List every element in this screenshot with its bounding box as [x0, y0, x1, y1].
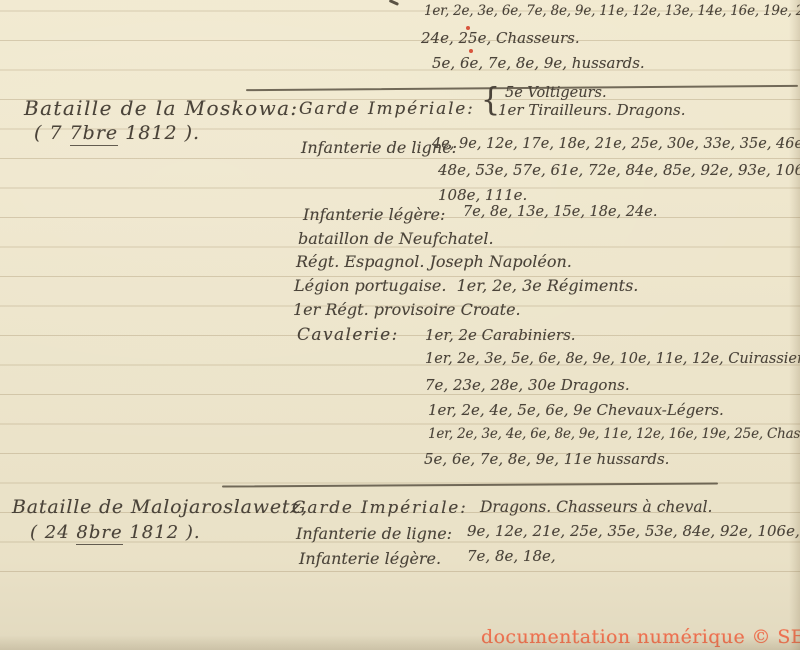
battle-date-month: 7bre [70, 122, 119, 146]
battle-title: Bataille de Malojaroslawetz, [12, 497, 308, 518]
battle-date: ( 24 8bre 1812 ). [30, 523, 201, 543]
unit-label-garde-imperiale: Garde Impériale: [292, 499, 468, 518]
manuscript-page: 1er, 2e, 3e, 6e, 7e, 8e, 9e, 11e, 12e, 1… [0, 0, 800, 650]
page-edge-shadow-bottom [0, 635, 800, 650]
unit-values-garde-line2: 1er Tirailleurs. Dragons. [498, 102, 686, 119]
regiment-numbers-line: 1er, 2e, 3e, 6e, 7e, 8e, 9e, 11e, 12e, 1… [424, 4, 800, 19]
regiment-numbers-line: 1er, 2e, 4e, 5e, 6e, 9e Chevaux-Légers. [428, 402, 724, 419]
regiment-numbers-line: 108e, 111e. [438, 187, 527, 204]
regiment-numbers-line: 1er, 2e, 3e, 4e, 6e, 8e, 9e, 11e, 12e, 1… [428, 427, 800, 442]
regiment-numbers-line: 1er, 2e, 3e, 5e, 6e, 8e, 9e, 10e, 11e, 1… [425, 352, 800, 368]
red-ink-speck [469, 49, 473, 53]
unit-values-garde: Dragons. Chasseurs à cheval. [480, 499, 712, 516]
battle-title: Bataille de la Moskowa: [24, 97, 299, 119]
unit-line-espagnol: Régt. Espagnol. Joseph Napoléon. [296, 253, 572, 271]
ink-separator-line [222, 482, 718, 487]
battle-date-suffix: 1812 ). [123, 522, 201, 543]
regiment-numbers-line: 5e, 6e, 7e, 8e, 9e, hussards. [432, 55, 645, 72]
unit-line-croate: 1er Régt. provisoire Croate. [293, 301, 521, 319]
regiment-numbers-line: 24e, 25e, Chasseurs. [421, 30, 580, 47]
unit-label-infanterie-legere: Infanterie légère: [303, 206, 445, 224]
unit-line-portugaise: Légion portugaise. 1er, 2e, 3e Régiments… [294, 277, 638, 295]
page-edge-shadow-right [789, 0, 800, 650]
battle-date-suffix: 1812 ). [118, 122, 200, 144]
battle-date-prefix: ( 24 [30, 522, 76, 543]
unit-label-infanterie-legere: Infanterie légère. [299, 550, 441, 568]
regiment-numbers-line: 1er, 2e Carabiniers. [425, 327, 576, 344]
unit-label-cavalerie: Cavalerie: [297, 326, 399, 345]
unit-label-garde-imperiale: Garde Impériale: [299, 100, 475, 119]
red-ink-speck [466, 26, 470, 30]
battle-date: ( 7 7bre 1812 ). [34, 123, 200, 144]
unit-label-infanterie-ligne: Infanterie de ligne: [296, 525, 452, 543]
ink-fragment [389, 0, 399, 5]
regiment-numbers-line: 7e, 8e, 18e, [467, 548, 556, 565]
battle-date-month: 8bre [76, 522, 122, 545]
regiment-numbers-line: 7e, 8e, 13e, 15e, 18e, 24e. [463, 205, 657, 221]
unit-values-garde-line1: 5e Voltigeurs. [505, 86, 607, 102]
regiment-numbers-line: 7e, 23e, 28e, 30e Dragons. [425, 377, 630, 394]
regiment-numbers-line: 4e, 9e, 12e, 17e, 18e, 21e, 25e, 30e, 33… [432, 137, 800, 153]
battle-date-prefix: ( 7 [34, 122, 70, 144]
unit-line-neufchatel: bataillon de Neufchatel. [298, 230, 494, 248]
regiment-numbers-line: 5e, 6e, 7e, 8e, 9e, 11e hussards. [424, 451, 669, 468]
regiment-numbers-line: 9e, 12e, 21e, 25e, 35e, 53e, 84e, 92e, 1… [467, 523, 800, 540]
regiment-numbers-line: 48e, 53e, 57e, 61e, 72e, 84e, 85e, 92e, … [438, 162, 800, 179]
